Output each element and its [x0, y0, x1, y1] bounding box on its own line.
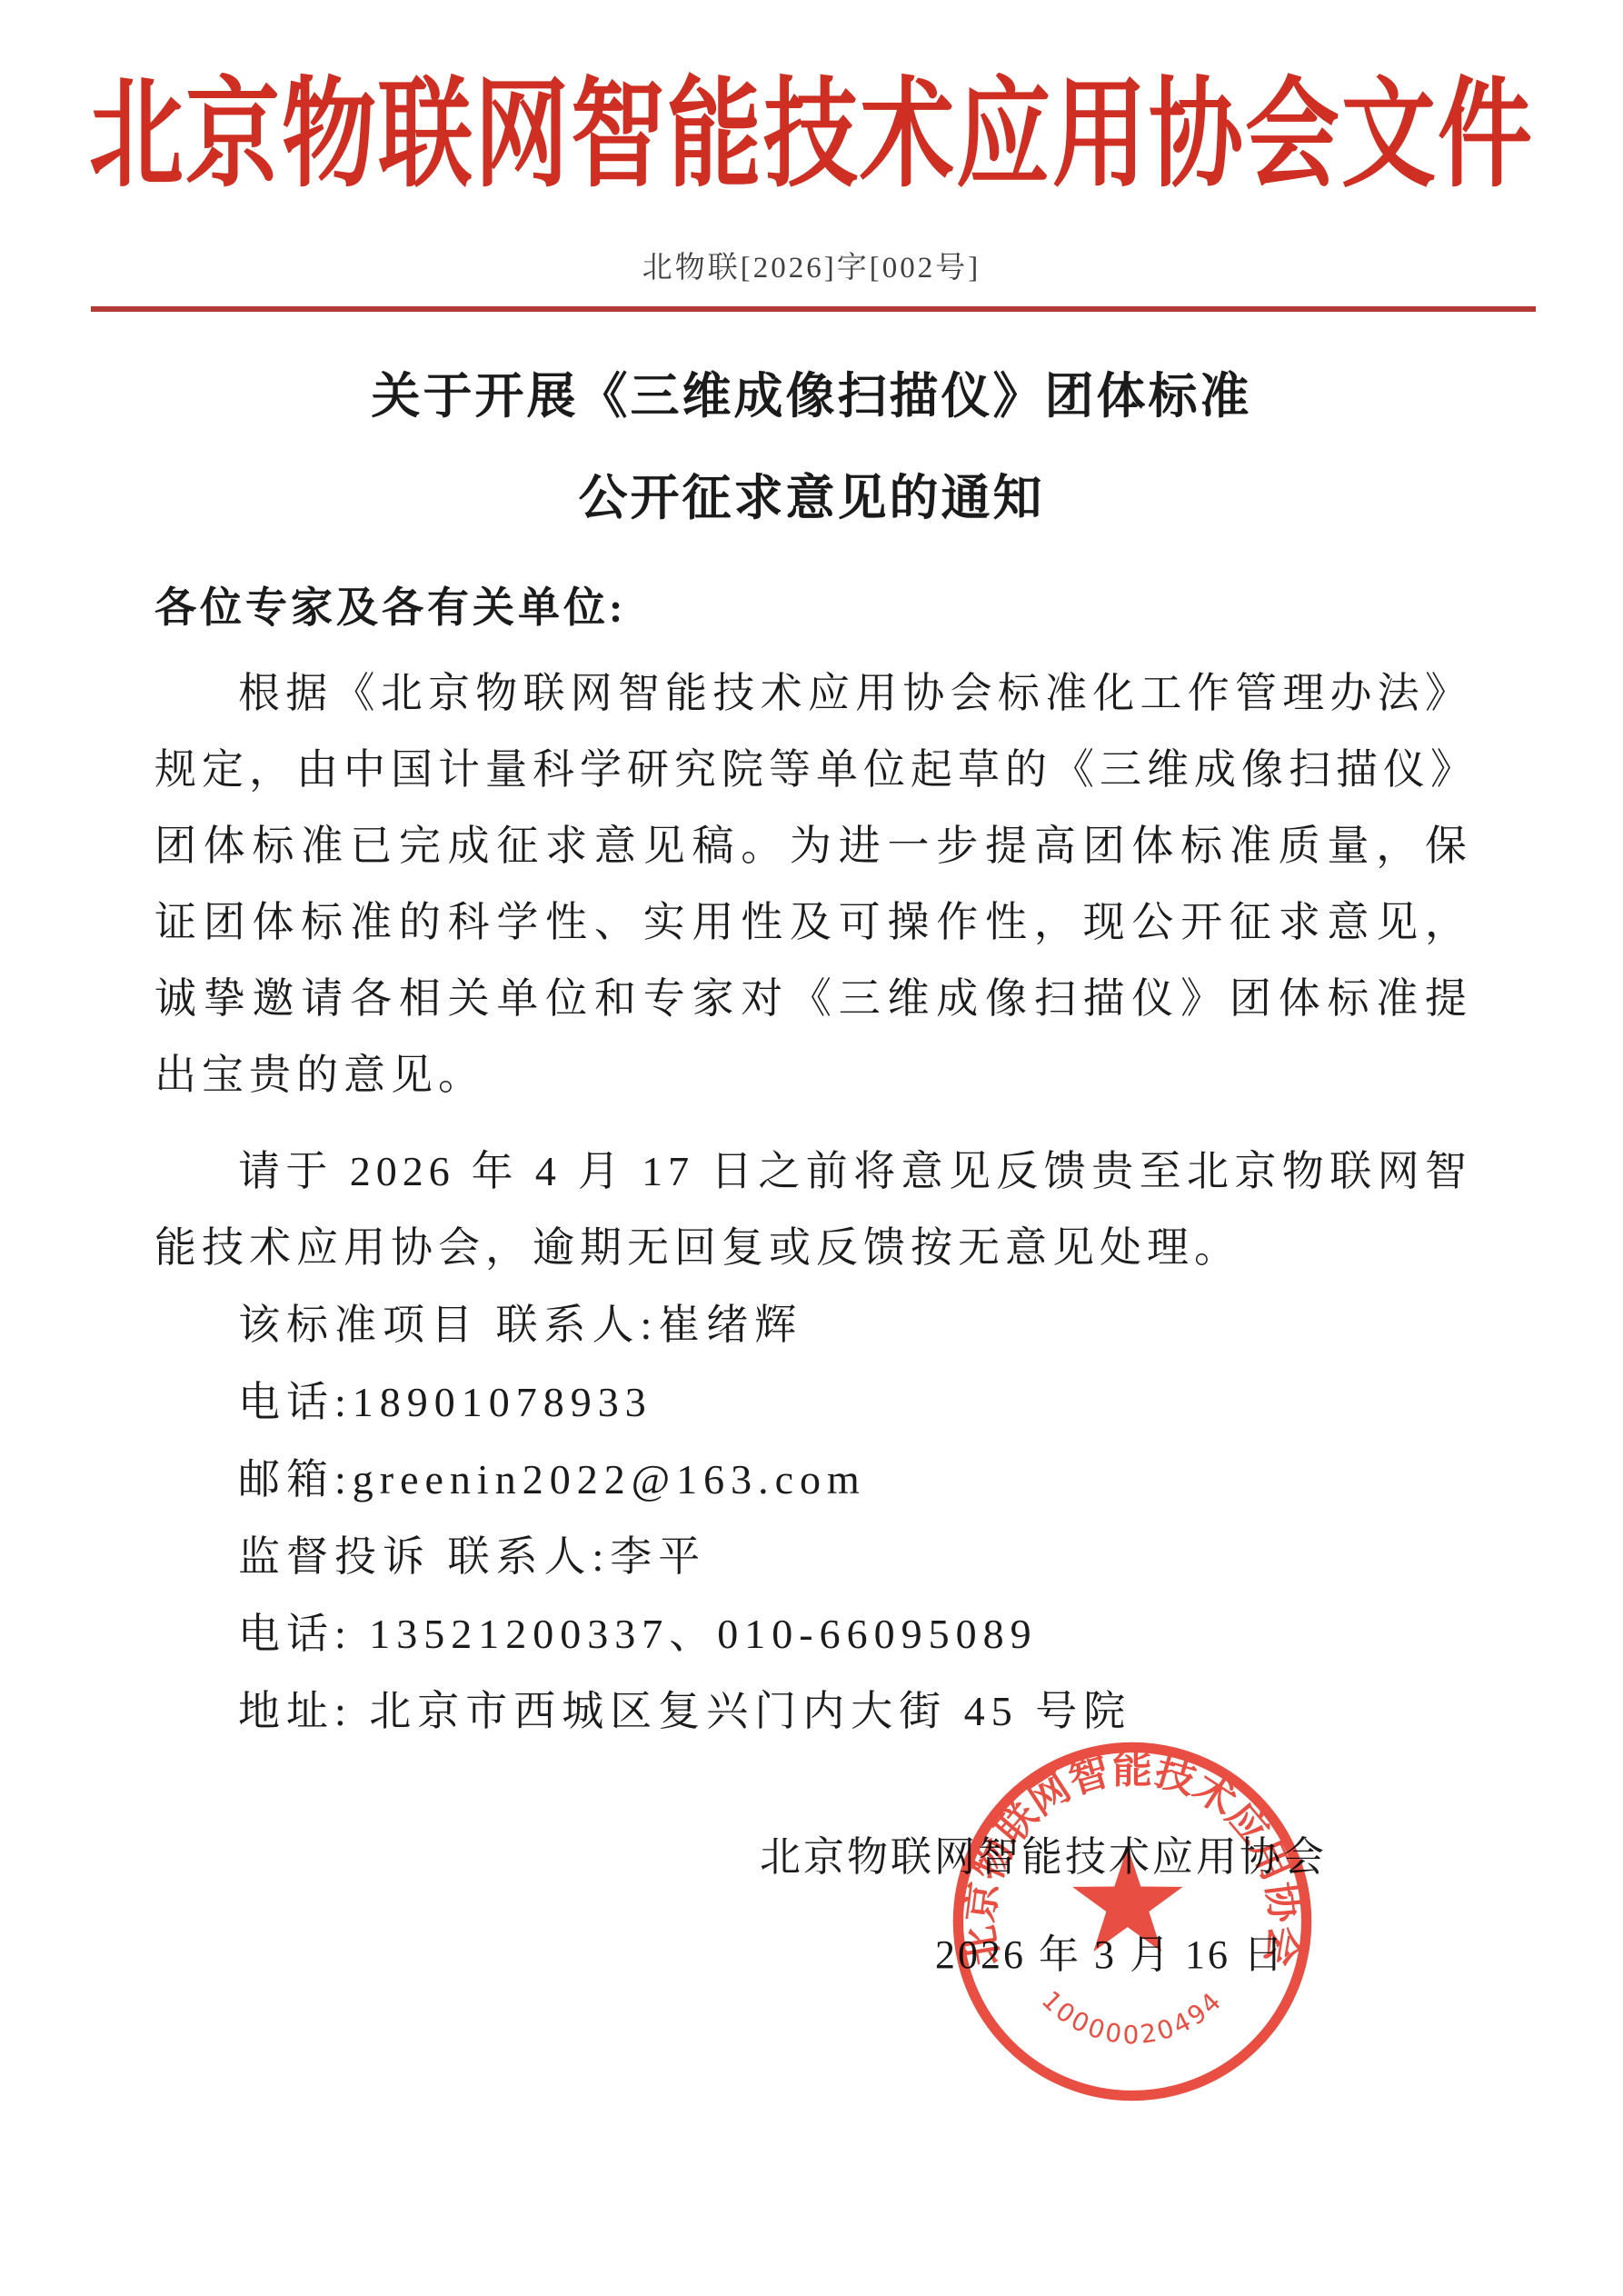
paragraph-2-line: 能技术应用协会，逾期无回复或反馈按无意见处理。: [154, 1210, 1472, 1286]
salutation: 各位专家及各有关单位:: [154, 581, 1472, 635]
paragraph-2-line: 请于 2026 年 4 月 17 日之前将意见反馈贵至北京物联网智: [154, 1133, 1472, 1210]
paragraph-1-line: 出宝贵的意见。: [154, 1037, 1472, 1113]
doc-number: 北物联[2026]字[002号]: [0, 250, 1623, 286]
paragraph-1-line: 证团体标准的科学性、实用性及可操作性，现公开征求意见，: [154, 884, 1472, 961]
document-page: 北京物联网智能技术应用协会文件 北物联[2026]字[002号] 关于开展《三维…: [0, 0, 1623, 2296]
signature-org: 北京物联网智能技术应用协会: [0, 1830, 1623, 1884]
seal-arc-text: 北京物联网智能技术应用协会: [959, 1748, 1306, 1969]
contact-info-line: 监督投诉 联系人:李平: [154, 1518, 1472, 1595]
notice-title-line1: 关于开展《三维成像扫描仪》团体标准: [0, 364, 1623, 428]
seal-star-icon: [1072, 1847, 1183, 1952]
red-divider: [91, 306, 1536, 312]
paragraph-1-line: 根据《北京物联网智能技术应用协会标准化工作管理办法》: [154, 655, 1472, 732]
contact-info-line: 电话:18901078933: [154, 1363, 1472, 1441]
contact-info: 该标准项目 联系人:崔绪辉电话:18901078933邮箱:greenin202…: [154, 1286, 1472, 1750]
paragraph-1-line: 诚挚邀请各相关单位和专家对《三维成像扫描仪》团体标准提: [154, 961, 1472, 1037]
notice-title-line2: 公开征求意见的通知: [0, 466, 1623, 530]
paragraph-1: 根据《北京物联网智能技术应用协会标准化工作管理办法》规定，由中国计量科学研究院等…: [154, 655, 1472, 1113]
contact-info-line: 电话: 13521200337、010-66095089: [154, 1595, 1472, 1672]
paragraph-1-line: 团体标准已完成征求意见稿。为进一步提高团体标准质量，保: [154, 808, 1472, 884]
official-seal-stamp: 北京物联网智能技术应用协会 1100000204941: [945, 1734, 1319, 2109]
signature-date: 2026 年 3 月 16 日: [0, 1928, 1623, 1982]
paragraph-1-line: 规定，由中国计量科学研究院等单位起草的《三维成像扫描仪》: [154, 732, 1472, 808]
notice-title: 关于开展《三维成像扫描仪》团体标准 公开征求意见的通知: [0, 364, 1623, 530]
contact-info-line: 该标准项目 联系人:崔绪辉: [154, 1286, 1472, 1363]
header-title: 北京物联网智能技术应用协会文件: [0, 25, 1623, 248]
contact-info-line: 邮箱:greenin2022@163.com: [154, 1441, 1472, 1518]
paragraph-2: 请于 2026 年 4 月 17 日之前将意见反馈贵至北京物联网智能技术应用协会…: [154, 1133, 1472, 1286]
